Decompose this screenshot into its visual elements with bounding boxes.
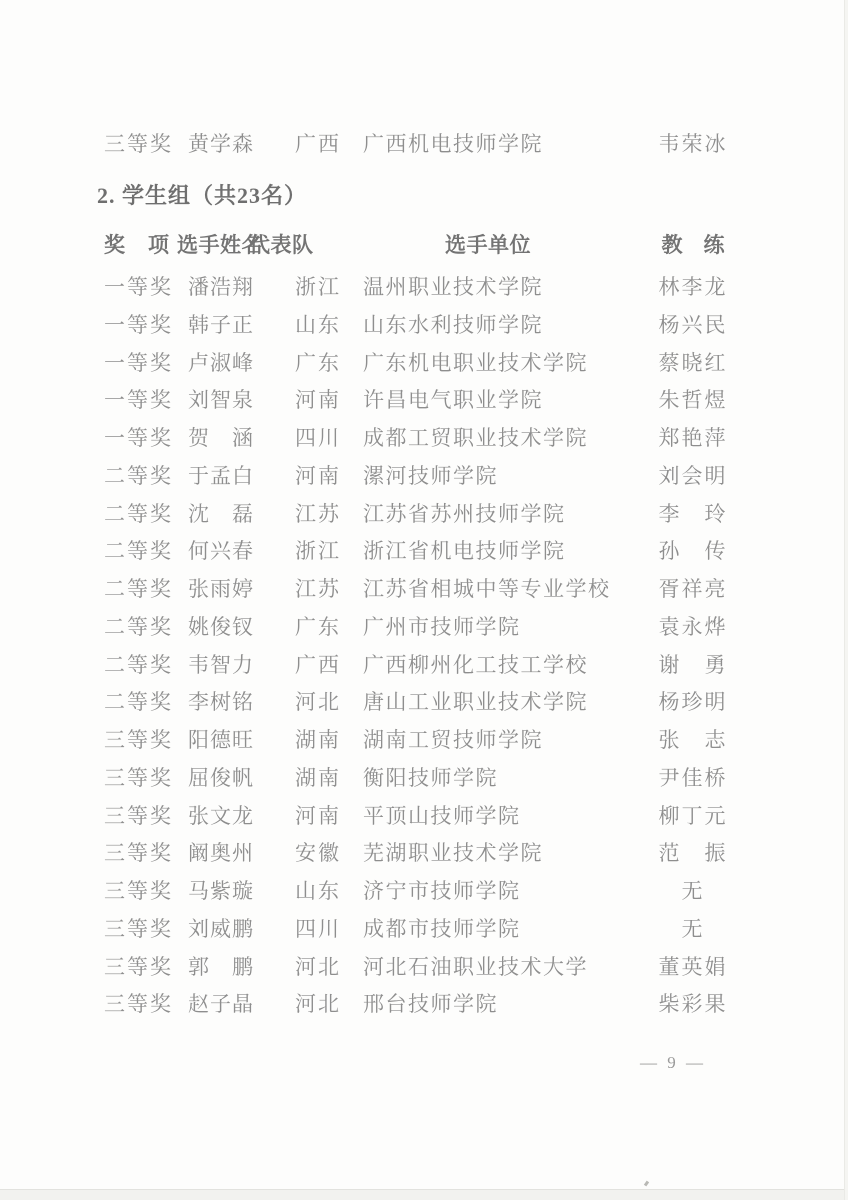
table-row: 三等奖 刘威鹏 四川 成都市技师学院 无 bbox=[0, 916, 848, 942]
table-row: 一等奖 韩子正 山东 山东水利技师学院 杨兴民 bbox=[0, 312, 848, 338]
coach-cell: 刘会明 bbox=[652, 463, 734, 489]
team-cell: 浙江 bbox=[295, 274, 341, 300]
school-cell: 济宁市技师学院 bbox=[363, 878, 521, 904]
award-cell: 二等奖 bbox=[104, 614, 173, 640]
team-cell: 河南 bbox=[295, 803, 341, 829]
section-heading: 2. 学生组（共23名） bbox=[97, 182, 307, 210]
award-cell: 二等奖 bbox=[104, 652, 173, 678]
name-cell: 刘威鹏 bbox=[188, 916, 254, 942]
table-row: 一等奖 贺 涵 四川 成都工贸职业技术学院 郑艳萍 bbox=[0, 425, 848, 451]
school-cell: 许昌电气职业学院 bbox=[363, 387, 543, 413]
header-coach: 教 练 bbox=[652, 232, 734, 258]
school-cell: 广州市技师学院 bbox=[363, 614, 521, 640]
school-cell: 山东水利技师学院 bbox=[363, 312, 543, 338]
award-cell: 三等奖 bbox=[104, 727, 173, 753]
award-cell: 一等奖 bbox=[104, 312, 173, 338]
page-number: — 9 — bbox=[618, 1052, 728, 1074]
team-cell: 河南 bbox=[295, 463, 341, 489]
table-row: 一等奖 潘浩翔 浙江 温州职业技术学院 林李龙 bbox=[0, 274, 848, 300]
name-cell: 贺 涵 bbox=[188, 425, 254, 451]
team-cell: 湖南 bbox=[295, 727, 341, 753]
name-cell: 刘智泉 bbox=[188, 387, 254, 413]
team-cell: 四川 bbox=[295, 916, 341, 942]
school-cell: 广西机电技师学院 bbox=[363, 131, 543, 157]
name-cell: 卢淑峰 bbox=[188, 350, 254, 376]
name-cell: 张文龙 bbox=[188, 803, 254, 829]
coach-cell: 柴彩果 bbox=[652, 991, 734, 1017]
team-cell: 河南 bbox=[295, 387, 341, 413]
table-row: 三等奖 阚奥州 安徽 芜湖职业技术学院 范 振 bbox=[0, 840, 848, 866]
award-cell: 三等奖 bbox=[104, 840, 173, 866]
table-row: 三等奖 阳德旺 湖南 湖南工贸技师学院 张 志 bbox=[0, 727, 848, 753]
award-cell: 一等奖 bbox=[104, 350, 173, 376]
name-cell: 潘浩翔 bbox=[188, 274, 254, 300]
table-row: 三等奖 郭 鹏 河北 河北石油职业技术大学 董英娟 bbox=[0, 954, 848, 980]
team-cell: 河北 bbox=[295, 689, 341, 715]
prev-group-row: 三等奖 黄学森 广西 广西机电技师学院 韦荣冰 bbox=[0, 131, 848, 157]
team-cell: 山东 bbox=[295, 878, 341, 904]
table-row: 二等奖 李树铭 河北 唐山工业职业技术学院 杨珍明 bbox=[0, 689, 848, 715]
name-cell: 黄学森 bbox=[188, 131, 254, 157]
coach-cell: 杨珍明 bbox=[652, 689, 734, 715]
coach-cell: 朱哲煜 bbox=[652, 387, 734, 413]
coach-cell: 无 bbox=[652, 878, 734, 904]
coach-cell: 胥祥亮 bbox=[652, 576, 734, 602]
coach-cell: 杨兴民 bbox=[652, 312, 734, 338]
team-cell: 浙江 bbox=[295, 538, 341, 564]
coach-cell: 郑艳萍 bbox=[652, 425, 734, 451]
award-cell: 三等奖 bbox=[104, 803, 173, 829]
table-row: 二等奖 沈 磊 江苏 江苏省苏州技师学院 李 玲 bbox=[0, 501, 848, 527]
award-cell: 三等奖 bbox=[104, 954, 173, 980]
scan-speck bbox=[644, 1181, 649, 1187]
award-cell: 一等奖 bbox=[104, 387, 173, 413]
team-cell: 湖南 bbox=[295, 765, 341, 791]
school-cell: 温州职业技术学院 bbox=[363, 274, 543, 300]
team-cell: 广东 bbox=[295, 614, 341, 640]
award-cell: 二等奖 bbox=[104, 463, 173, 489]
coach-cell: 张 志 bbox=[652, 727, 734, 753]
school-cell: 邢台技师学院 bbox=[363, 991, 498, 1017]
coach-cell: 韦荣冰 bbox=[652, 131, 734, 157]
table-row: 三等奖 马紫璇 山东 济宁市技师学院 无 bbox=[0, 878, 848, 904]
table-row: 三等奖 张文龙 河南 平顶山技师学院 柳丁元 bbox=[0, 803, 848, 829]
name-cell: 阚奥州 bbox=[188, 840, 254, 866]
coach-cell: 蔡晓红 bbox=[652, 350, 734, 376]
school-cell: 平顶山技师学院 bbox=[363, 803, 521, 829]
coach-cell: 范 振 bbox=[652, 840, 734, 866]
school-cell: 广东机电职业技术学院 bbox=[363, 350, 588, 376]
coach-cell: 无 bbox=[652, 916, 734, 942]
award-cell: 一等奖 bbox=[104, 274, 173, 300]
name-cell: 马紫璇 bbox=[188, 878, 254, 904]
table-row: 二等奖 于孟白 河南 漯河技师学院 刘会明 bbox=[0, 463, 848, 489]
award-cell: 三等奖 bbox=[104, 765, 173, 791]
award-cell: 三等奖 bbox=[104, 916, 173, 942]
name-cell: 于孟白 bbox=[188, 463, 254, 489]
table-row: 二等奖 韦智力 广西 广西柳州化工技工学校 谢 勇 bbox=[0, 652, 848, 678]
team-cell: 广西 bbox=[295, 131, 341, 157]
school-cell: 成都工贸职业技术学院 bbox=[363, 425, 588, 451]
name-cell: 李树铭 bbox=[188, 689, 254, 715]
school-cell: 漯河技师学院 bbox=[363, 463, 498, 489]
team-cell: 江苏 bbox=[295, 501, 341, 527]
coach-cell: 董英娟 bbox=[652, 954, 734, 980]
table-row: 一等奖 卢淑峰 广东 广东机电职业技术学院 蔡晓红 bbox=[0, 350, 848, 376]
school-cell: 河北石油职业技术大学 bbox=[363, 954, 588, 980]
school-cell: 衡阳技师学院 bbox=[363, 765, 498, 791]
school-cell: 广西柳州化工技工学校 bbox=[363, 652, 588, 678]
name-cell: 屈俊帆 bbox=[188, 765, 254, 791]
table-row: 三等奖 屈俊帆 湖南 衡阳技师学院 尹佳桥 bbox=[0, 765, 848, 791]
team-cell: 安徽 bbox=[295, 840, 341, 866]
school-cell: 成都市技师学院 bbox=[363, 916, 521, 942]
coach-cell: 李 玲 bbox=[652, 501, 734, 527]
school-cell: 湖南工贸技师学院 bbox=[363, 727, 543, 753]
team-cell: 河北 bbox=[295, 954, 341, 980]
scan-right-edge bbox=[844, 0, 848, 1200]
team-cell: 山东 bbox=[295, 312, 341, 338]
name-cell: 郭 鹏 bbox=[188, 954, 254, 980]
coach-cell: 孙 传 bbox=[652, 538, 734, 564]
coach-cell: 尹佳桥 bbox=[652, 765, 734, 791]
award-cell: 三等奖 bbox=[104, 131, 173, 157]
award-cell: 二等奖 bbox=[104, 501, 173, 527]
name-cell: 张雨婷 bbox=[188, 576, 254, 602]
name-cell: 阳德旺 bbox=[188, 727, 254, 753]
coach-cell: 袁永烨 bbox=[652, 614, 734, 640]
name-cell: 沈 磊 bbox=[188, 501, 254, 527]
team-cell: 河北 bbox=[295, 991, 341, 1017]
award-cell: 二等奖 bbox=[104, 538, 173, 564]
school-cell: 芜湖职业技术学院 bbox=[363, 840, 543, 866]
header-team: 代表队 bbox=[249, 232, 314, 258]
coach-cell: 谢 勇 bbox=[652, 652, 734, 678]
header-award: 奖 项 bbox=[104, 232, 170, 258]
coach-cell: 柳丁元 bbox=[652, 803, 734, 829]
award-cell: 二等奖 bbox=[104, 576, 173, 602]
table-row: 二等奖 姚俊钗 广东 广州市技师学院 袁永烨 bbox=[0, 614, 848, 640]
award-cell: 二等奖 bbox=[104, 689, 173, 715]
award-cell: 一等奖 bbox=[104, 425, 173, 451]
table-row: 二等奖 何兴春 浙江 浙江省机电技师学院 孙 传 bbox=[0, 538, 848, 564]
name-cell: 韦智力 bbox=[188, 652, 254, 678]
name-cell: 赵子晶 bbox=[188, 991, 254, 1017]
name-cell: 何兴春 bbox=[188, 538, 254, 564]
table-row: 三等奖 赵子晶 河北 邢台技师学院 柴彩果 bbox=[0, 991, 848, 1017]
scanned-document-page: 三等奖 黄学森 广西 广西机电技师学院 韦荣冰 2. 学生组（共23名） 奖 项… bbox=[0, 0, 848, 1200]
table-header-row: 奖 项 选手姓名 代表队 选手单位 教 练 bbox=[0, 232, 848, 258]
school-cell: 江苏省相城中等专业学校 bbox=[363, 576, 611, 602]
team-cell: 江苏 bbox=[295, 576, 341, 602]
table-row: 一等奖 刘智泉 河南 许昌电气职业学院 朱哲煜 bbox=[0, 387, 848, 413]
header-school: 选手单位 bbox=[363, 232, 613, 258]
team-cell: 广东 bbox=[295, 350, 341, 376]
team-cell: 广西 bbox=[295, 652, 341, 678]
award-cell: 三等奖 bbox=[104, 991, 173, 1017]
school-cell: 唐山工业职业技术学院 bbox=[363, 689, 588, 715]
school-cell: 浙江省机电技师学院 bbox=[363, 538, 566, 564]
scan-bottom-edge bbox=[0, 1189, 848, 1200]
table-row: 二等奖 张雨婷 江苏 江苏省相城中等专业学校 胥祥亮 bbox=[0, 576, 848, 602]
coach-cell: 林李龙 bbox=[652, 274, 734, 300]
name-cell: 韩子正 bbox=[188, 312, 254, 338]
school-cell: 江苏省苏州技师学院 bbox=[363, 501, 566, 527]
award-cell: 三等奖 bbox=[104, 878, 173, 904]
team-cell: 四川 bbox=[295, 425, 341, 451]
name-cell: 姚俊钗 bbox=[188, 614, 254, 640]
